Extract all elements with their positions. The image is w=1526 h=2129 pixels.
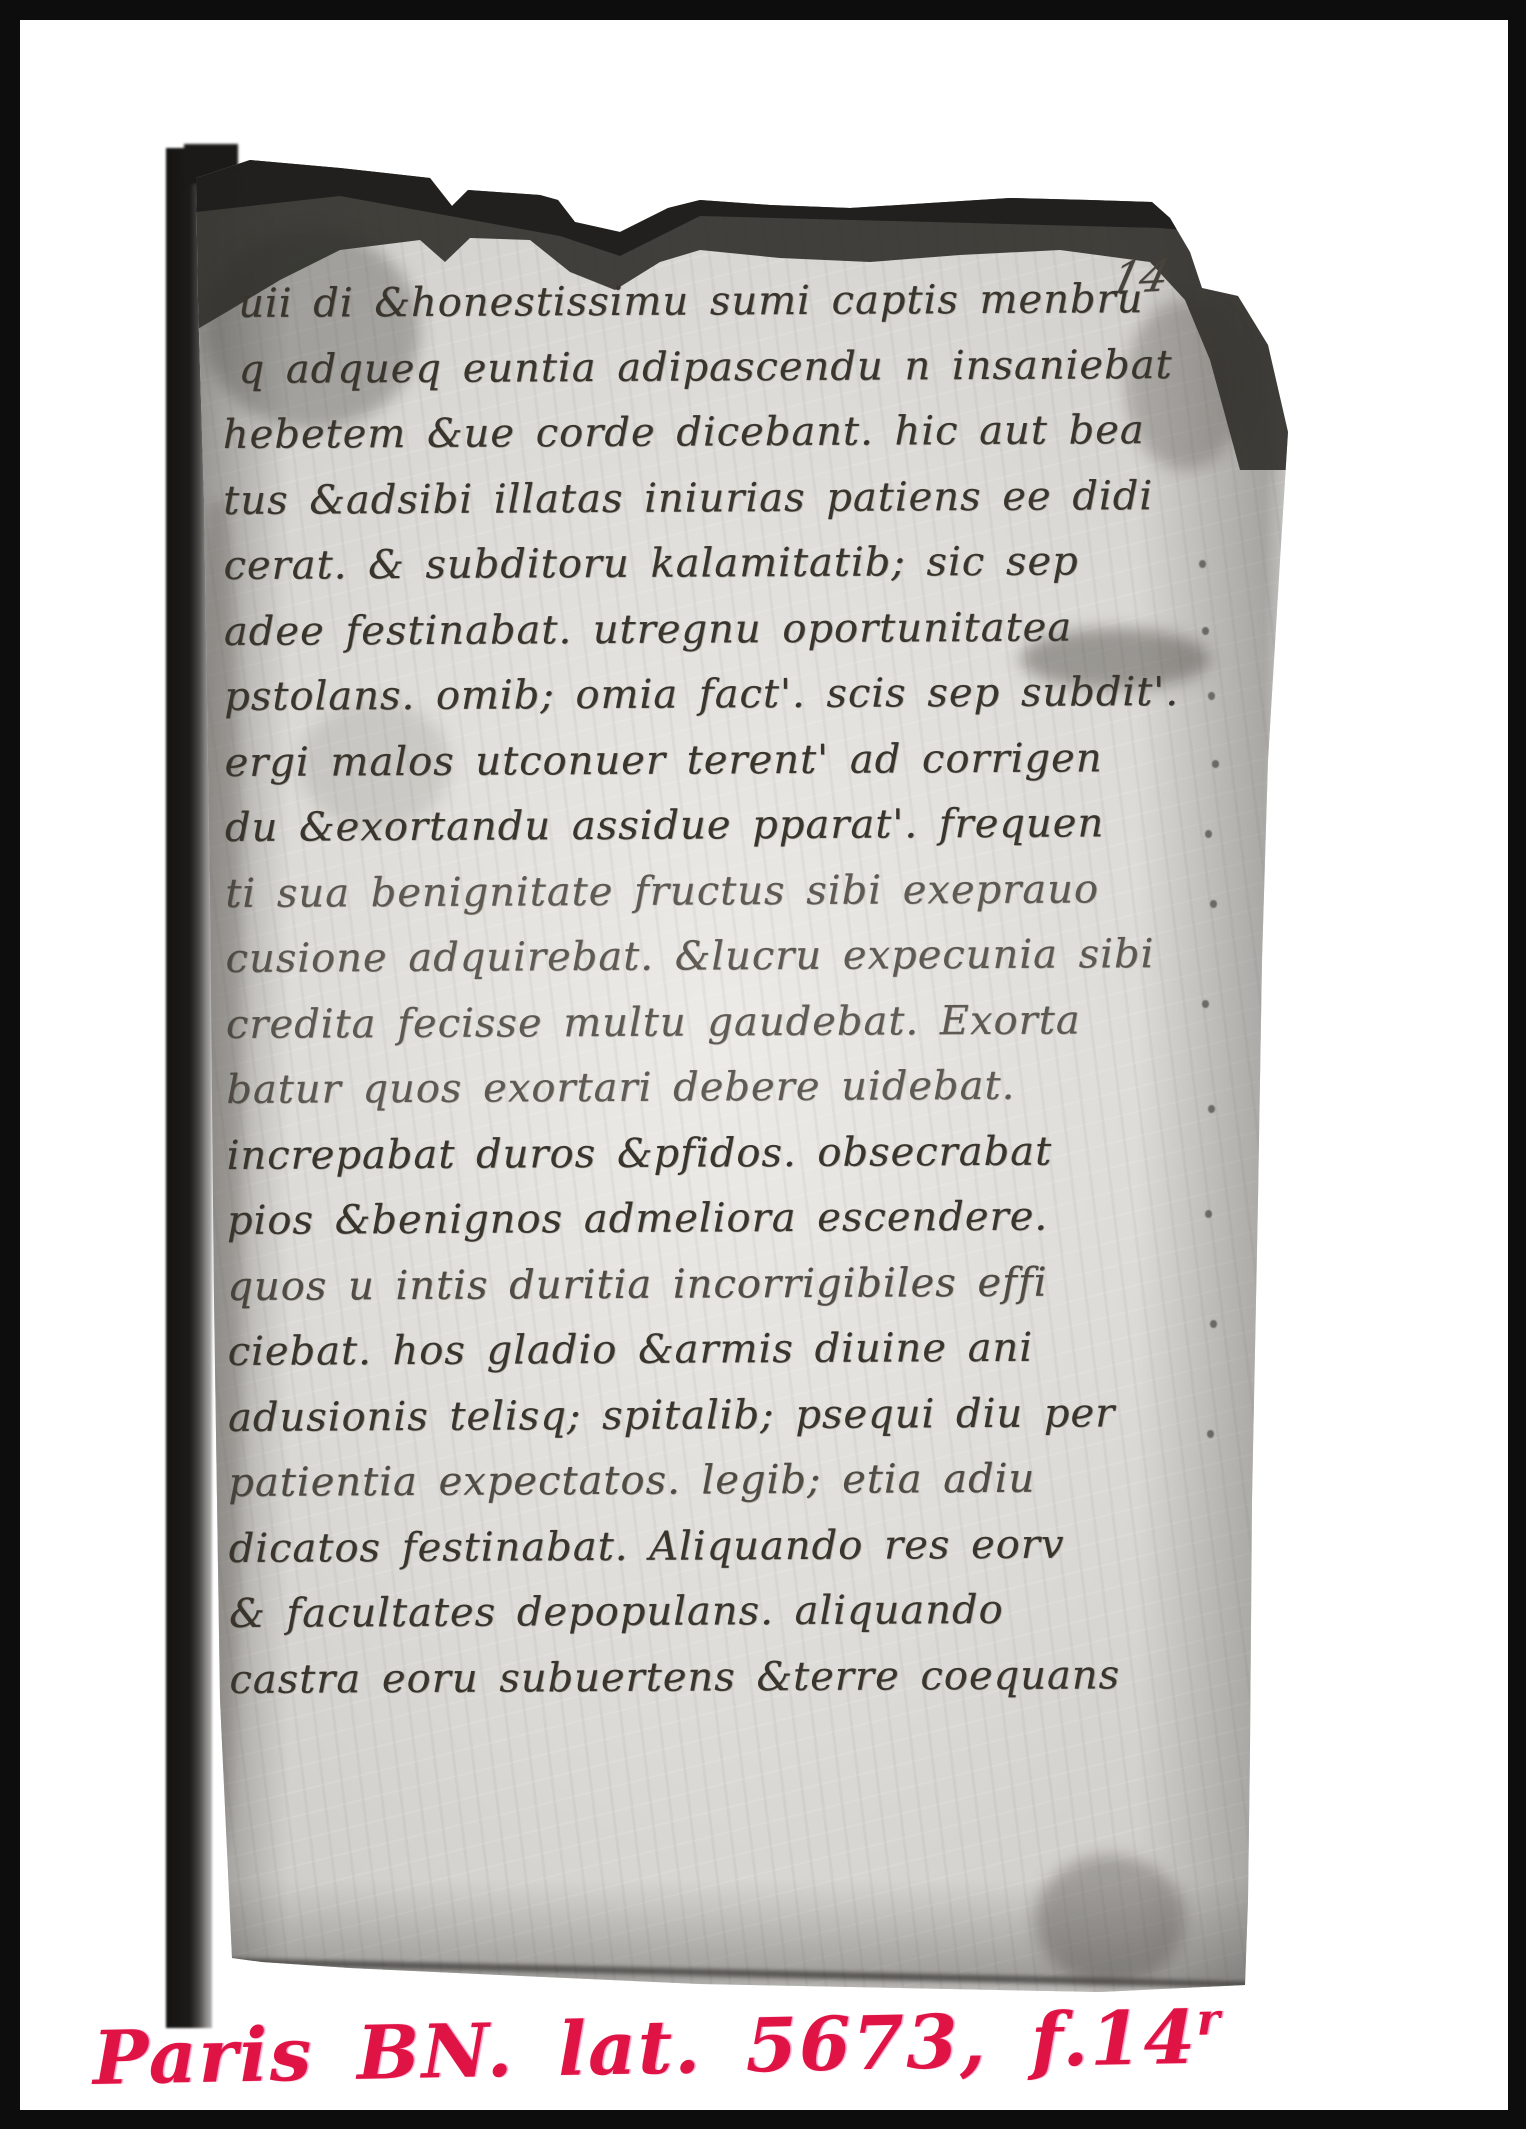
manuscript-line: castra eoru subuertens &terre coequans [229, 1642, 1229, 1713]
manuscript-line: quos u intis duritia incorrigibiles effi [227, 1249, 1227, 1320]
manuscript-line: dicatos festinabat. Aliquando res eorv [229, 1511, 1229, 1582]
manuscript-line: uii di &honestissimu sumi captis menbru [238, 267, 1222, 338]
manuscript-line: increpabat duros &pfidos. obsecrabat [226, 1118, 1226, 1189]
manuscript-line: & facultates depopulans. aliquando [229, 1577, 1229, 1648]
manuscript-line: ti sua benignitate fructus sibi exeprauo [225, 856, 1225, 927]
manuscript-line: cusione adquirebat. &lucru expecunia sib… [225, 922, 1225, 993]
manuscript-line: patientia expectatos. legib; etia adiu [228, 1446, 1228, 1517]
manuscript-line: adee festinabat. utregnu oportunitatea [224, 594, 1224, 665]
manuscript-text-block: uii di &honestissimu sumi captis menbru … [222, 267, 1230, 1713]
manuscript-line: batur quos exortari debere uidebat. [226, 1053, 1226, 1124]
manuscript-line: adusionis telisq; spitalib; psequi diu p… [228, 1380, 1228, 1451]
manuscript-line: cerat. & subditoru kalamitatib; sic sep [223, 529, 1223, 600]
photo-plate: 14 uii di &honestissimu sumi captis menb… [0, 0, 1526, 2129]
shelfmark-caption-superscript: r [1196, 1994, 1220, 2045]
manuscript-line: pstolans. omib; omia fact'. scis sep sub… [224, 660, 1224, 731]
manuscript-line: ergi malos utconuer terent' ad corrigen [224, 725, 1224, 796]
manuscript-line: credita fecisse multu gaudebat. Exorta [226, 987, 1226, 1058]
manuscript-line: q adqueq euntia adipascendu n insaniebat [238, 332, 1222, 403]
manuscript-line: tus &adsibi illatas iniurias patiens ee … [223, 463, 1223, 534]
manuscript-line: ciebat. hos gladio &armis diuine ani [227, 1315, 1227, 1386]
stain-smudge [1035, 1855, 1185, 1985]
manuscript-line: du &exortandu assidue pparat'. frequen [225, 791, 1225, 862]
manuscript-line: pios &benignos admeliora escendere. [227, 1184, 1227, 1255]
manuscript-line: hebetem &ue corde dicebant. hic aut bea [223, 398, 1223, 469]
